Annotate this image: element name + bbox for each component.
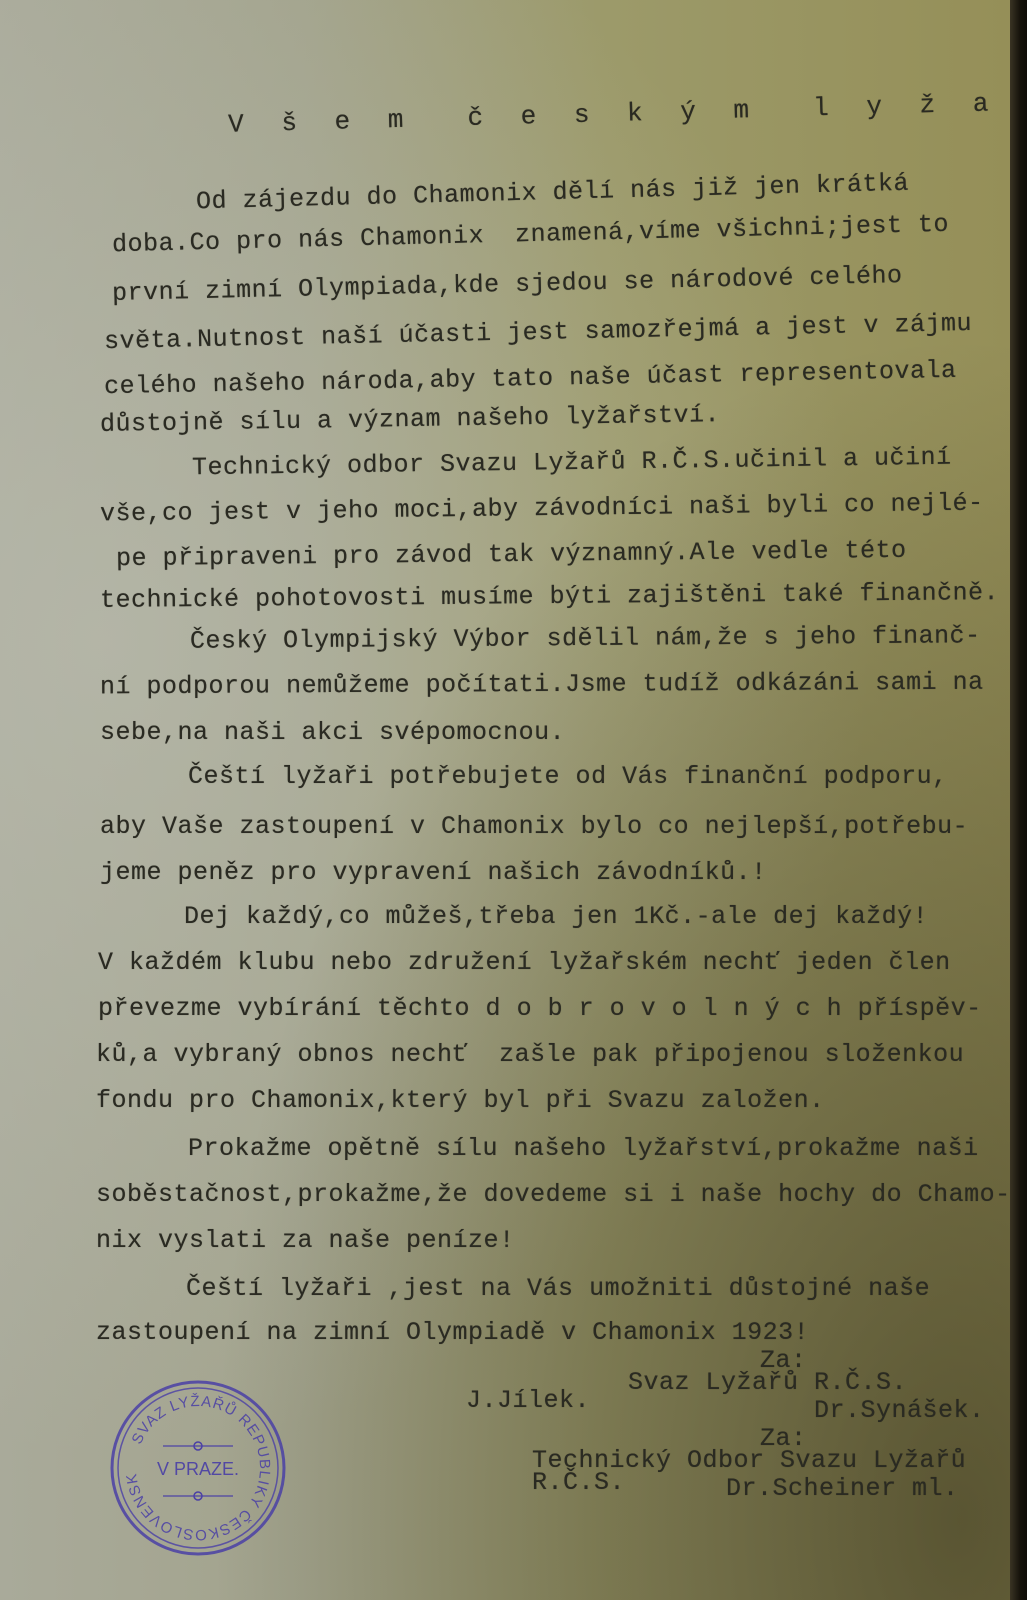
signature-org-2-abbr: R.Č.S. <box>532 1468 625 1497</box>
body-line: zastoupení na zimní Olympiadě v Chamonix… <box>96 1318 809 1347</box>
body-line: doba.Co pro nás Chamonix znamená,víme vš… <box>112 210 950 259</box>
document-title: V š e m č e s k ý m l y ž a ř ů m ! <box>228 82 1027 139</box>
body-line: Technický odbor Svazu Lyžařů R.Č.S.učini… <box>192 443 952 483</box>
body-line: Čeští lyžaři potřebujete od Vás finanční… <box>188 762 948 791</box>
body-line: Čeští lyžaři ,jest na Vás umožniti důsto… <box>186 1274 930 1303</box>
body-line: sebe,na naši akci svépomocnou. <box>100 718 565 747</box>
body-line: vše,co jest v jeho moci,aby závodníci na… <box>100 489 984 529</box>
body-line: Prokažme opětně sílu našeho lyžařství,pr… <box>188 1134 979 1163</box>
body-line: technické pohotovosti musíme býti zajišt… <box>100 578 999 615</box>
body-line: pe připraveni pro závod tak významný.Ale… <box>116 536 907 573</box>
body-line: Dej každý,co můžeš,třeba jen 1Kč.-ale de… <box>184 902 928 931</box>
body-line: ní podporou nemůžeme počítati.Jsme tudíž… <box>100 668 984 702</box>
body-line: nix vyslati za naše peníze! <box>96 1226 515 1255</box>
body-line: převezme vybírání těchto d o b r o v o l… <box>98 994 982 1023</box>
body-line: první zimní Olympiada,kde sjedou se náro… <box>112 261 903 308</box>
page-edge-shadow <box>1010 0 1027 1600</box>
body-line: Od zájezdu do Chamonix dělí nás již jen … <box>196 169 910 217</box>
body-line: důstojně sílu a význam našeho lyžařství. <box>100 400 720 439</box>
svg-text:V PRAZE.: V PRAZE. <box>157 1459 239 1479</box>
body-line: ků,a vybraný obnos nechť zašle pak připo… <box>96 1040 964 1069</box>
body-line: Český Olympijský Výbor sdělil nám,že s j… <box>190 621 981 656</box>
body-line: jeme peněz pro vypravení našich závodník… <box>100 858 767 887</box>
document-page: V š e m č e s k ý m l y ž a ř ů m ! Od z… <box>0 0 1010 1600</box>
official-stamp-icon: SVAZ LYŽAŘŮ REPUBLIKY ČESKOSLOVENSKÉ ✲ V… <box>108 1378 288 1558</box>
body-line: fondu pro Chamonix,který byl při Svazu z… <box>96 1086 825 1115</box>
body-line: celého našeho národa,aby tato naše účast… <box>104 356 957 401</box>
signature-left-signer: J.Jílek. <box>466 1386 590 1415</box>
body-line: světa.Nutnost naší účasti jest samozřejm… <box>104 309 973 356</box>
body-line: aby Vaše zastoupení v Chamonix bylo co n… <box>100 812 968 841</box>
signature-signer-1: Dr.Synášek. <box>814 1396 985 1425</box>
body-line: V každém klubu nebo združení lyžařském n… <box>98 948 951 977</box>
signature-org-1: Svaz Lyžařů R.Č.S. <box>628 1368 907 1397</box>
body-line: soběstačnost,prokažme,že dovedeme si i n… <box>96 1180 1011 1209</box>
signature-signer-2: Dr.Scheiner ml. <box>726 1474 959 1503</box>
